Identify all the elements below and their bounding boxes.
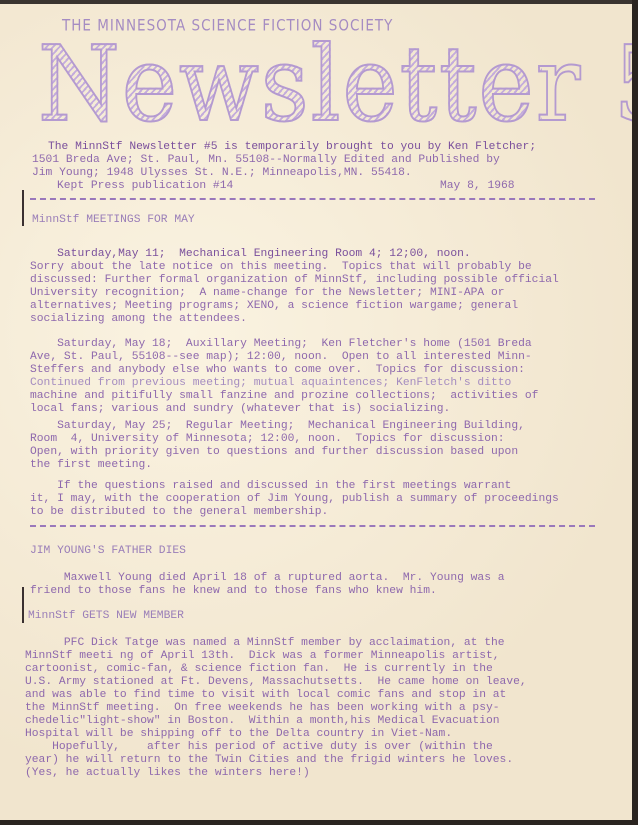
newsletter-page: THE MINNESOTA SCIENCE FICTION SOCIETY Ne… [0,4,632,820]
new-member-line: year) he will return to the Twin Cities … [25,754,513,767]
new-member-line: chedelic"light-show" in Boston. Within a… [25,715,500,728]
meeting-may-18-line: Continued from previous meeting; mutual … [30,377,511,390]
meeting-may-11-line: Sorry about the late notice on this meet… [30,261,532,274]
section-heading-obituary: JIM YOUNG'S FATHER DIES [30,545,186,557]
obituary-line: Maxwell Young died April 18 of a rupture… [30,572,505,585]
summary-note-line: If the questions raised and discussed in… [30,480,511,493]
meeting-may-25-line: the first meeting. [30,459,152,472]
meeting-may-25-line: Room 4, University of Minnesota; 12:00, … [30,433,505,446]
margin-mark [22,587,24,623]
new-member-line: PFC Dick Tatge was named a MinnStf membe… [30,637,505,650]
meeting-may-11-line: discussed: Further formal organization o… [30,274,559,287]
new-member-line: Hospital will be shipping off to the Del… [25,728,452,741]
intro-line-2: 1501 Breda Ave; St. Paul, Mn. 55108--Nor… [32,154,500,167]
meeting-may-11-line: Saturday,May 11; Mechanical Engineering … [30,248,471,261]
meeting-may-18-line: Ave, St. Paul, 55108--see map); 12:00, n… [30,351,532,364]
new-member-line: U.S. Army stationed at Ft. Devens, Massa… [25,676,527,689]
section-heading-meetings: MinnStf MEETINGS FOR MAY [32,214,195,226]
meeting-may-18-line: machine and pitifully small fanzine and … [30,390,538,403]
summary-note-line: to be distributed to the general members… [30,506,328,519]
publication-number: Kept Press publication #14 [57,180,233,193]
new-member-line: the MinnStf meeting. On free weekends he… [25,702,500,715]
divider [30,198,595,200]
meeting-may-11-line: University recognition; A name-change fo… [30,287,505,300]
summary-note-line: it, I may, with the cooperation of Jim Y… [30,493,559,506]
new-member-line: and was able to find time to visit with … [25,689,506,702]
meeting-may-11-line: alternatives; Meeting programs; XENO, a … [30,300,518,313]
meeting-may-25-line: Saturday, May 25; Regular Meeting; Mecha… [30,420,525,433]
newsletter-title: Newsletter 5 [38,34,542,134]
meeting-may-25-line: Open, with priority given to questions a… [30,446,518,459]
meeting-may-11-line: socializing among the attendees. [30,313,247,326]
obituary-line: friend to those fans he knew and to thos… [30,585,437,598]
intro-line-1: The MinnStf Newsletter #5 is temporarily… [48,141,536,154]
new-member-line: cartoonist, comic-fan, & science fiction… [25,663,493,676]
new-member-line: (Yes, he actually likes the winters here… [25,767,310,780]
divider [30,525,595,527]
scan-right-edge [632,0,638,825]
issue-date: May 8, 1968 [440,180,515,193]
margin-mark [22,190,24,226]
new-member-line: Hopefully, after his period of active du… [25,741,493,754]
new-member-line: MinnStf meeti ng of April 13th. Dick was… [25,650,500,663]
meeting-may-18-line: local fans; various and sundry (whatever… [30,403,450,416]
meeting-may-18-line: Steffers and anybody else who wants to c… [30,364,525,377]
meeting-may-18-line: Saturday, May 18; Auxillary Meeting; Ken… [30,338,532,351]
section-heading-new-member: MinnStf GETS NEW MEMBER [28,610,184,622]
intro-line-3: Jim Young; 1948 Ulysses St. N.E.; Minnea… [32,167,412,180]
